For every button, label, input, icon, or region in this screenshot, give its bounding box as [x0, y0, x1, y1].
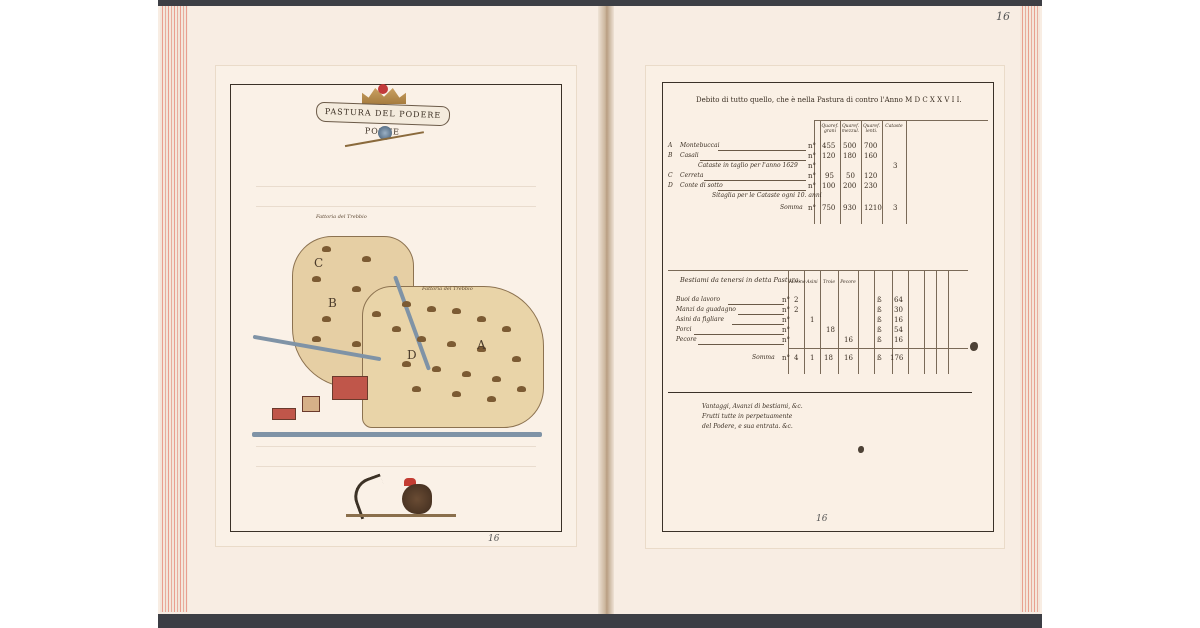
crown-gem-icon: [378, 84, 388, 94]
col-header: Pecore: [838, 280, 858, 285]
table-row: A Montebuccai n° 455 500 700: [668, 142, 988, 152]
table-row: Porci n° 18 ß 54: [668, 326, 988, 336]
table-total-row: Somma n° 4 1 18 16 ß 176: [668, 354, 988, 364]
right-page-edges: [1020, 6, 1040, 612]
col-header: Troie: [820, 280, 838, 285]
parcel-letter-a: A: [477, 338, 486, 352]
plate-number: 16: [488, 534, 499, 544]
folio-number: 16: [996, 10, 1010, 23]
map-label-fattoria: Fattoria del Trebbio: [316, 214, 367, 220]
plate-number: 16: [816, 514, 827, 524]
map-label-fattoria: Fattoria del Trebbio: [422, 286, 473, 292]
estate-map: C B D A Fattoria del Trebbio Fattoria de…: [252, 226, 542, 436]
ledger-heading: Debito di tutto quello, che è nella Past…: [696, 96, 962, 104]
left-page-edges: [160, 6, 188, 612]
parcel-letter-d: D: [407, 348, 417, 362]
table-row: Pecore n° 16 ß 16: [668, 336, 988, 346]
livestock-table-title: Bestiami da tenersi in detta Pastura.: [680, 276, 801, 284]
book-cover: [158, 620, 1042, 628]
outbuilding: [302, 396, 320, 412]
table-row: Sitaglia per le Cataste ogni 10. anni: [668, 192, 988, 202]
ledger-notes: Vantaggi, Avanzi di bestiami, &c. Frutti…: [702, 402, 803, 432]
map-plate: PASTURA DEL PODERE PONTE C: [216, 66, 576, 546]
table-row: Manzi da guadagno n° 2 ß 30: [668, 306, 988, 316]
livestock-table: Bestiami da tenersi in detta Pastura. Va…: [668, 270, 988, 380]
col-header: Quaref. mezzul.: [840, 124, 861, 134]
col-header: Quaref. lenti.: [861, 124, 882, 134]
ink-blot: [970, 342, 978, 351]
table-total-row: Somma n° 750 930 1210 3: [668, 204, 988, 214]
snake-icon: [349, 473, 393, 519]
table-row: B Casali n° 120 180 160: [668, 152, 988, 162]
table-row: D Conte di sotto n° 100 200 230: [668, 182, 988, 192]
col-header: Vaccine: [788, 280, 804, 285]
outbuilding: [272, 408, 296, 420]
col-header: Quaref. grani: [820, 124, 840, 134]
river-bottom: [252, 432, 542, 437]
snake-and-rooster-emblem: [346, 470, 456, 526]
col-header: Asini: [804, 280, 820, 285]
farmhouse: [332, 376, 368, 400]
parcel-letter-c: C: [314, 256, 323, 270]
table-row: Cataste in taglio per l'anno 1629 n° 3: [668, 162, 988, 172]
ink-blot: [858, 446, 864, 453]
parcel-letter-b: B: [328, 296, 337, 310]
ledger-plate: Debito di tutto quello, che è nella Past…: [646, 66, 1004, 548]
book-gutter: [598, 6, 614, 614]
table-row: C Cerreta n° 95 50 120: [668, 172, 988, 182]
rooster-icon: [402, 484, 432, 514]
col-header: Cataste: [882, 124, 906, 129]
table-row: Asini da figliare n° 1 ß 16: [668, 316, 988, 326]
open-book: 16 PASTURA DEL PODERE PONTE: [158, 0, 1042, 628]
debt-table: Quaref. grani Quaref. mezzul. Quaref. le…: [668, 116, 988, 226]
table-row: Buoi da lavoro n° 2 ß 64: [668, 296, 988, 306]
